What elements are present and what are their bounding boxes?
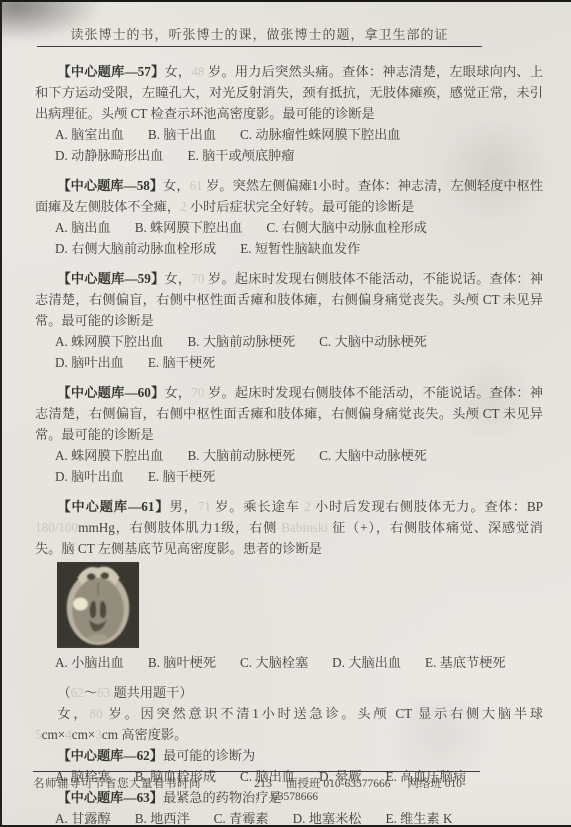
faint-print-text: 80 — [89, 706, 102, 721]
answer-option: C. 右侧大脑中动脉血栓形成 — [266, 220, 426, 235]
stem-text: 】 — [151, 271, 165, 286]
stem-text: 女， — [57, 706, 89, 721]
stem-text: 】 — [150, 748, 163, 763]
stem-text: 【中心题库— — [57, 748, 136, 763]
options-line: D. 脑叶出血E. 脑干梗死 — [35, 466, 543, 487]
stem-paragraph: 女，80 岁。因突然意识不清1小时送急诊。头颅 CT 显示右侧大脑半球 5cm×… — [35, 703, 543, 745]
stem-text: 女， — [165, 385, 192, 400]
answer-option: D. 动静脉畸形出血 — [55, 148, 163, 163]
stem-text: 岁。因突然意识不清1小时送急诊。头颅 CT 显示右侧大脑半球 — [103, 706, 543, 721]
answer-option: B. 脑干出血 — [148, 127, 216, 142]
question-block: 【中心题库—60】女，70 岁。起床时发现右侧肢体不能活动，不能说话。查体：神志… — [35, 382, 543, 487]
answer-option: A. 脑室出血 — [55, 127, 124, 142]
options-line: D. 脑叶出血E. 脑干梗死 — [35, 352, 543, 373]
answer-option: E. 脑干梗死 — [148, 355, 215, 370]
answer-option: B. 大脑前动脉梗死 — [187, 334, 295, 349]
question-list: 【中心题库—57】女，48 岁。用力后突然头痛。查体：神志清楚，左眼球向内、上和… — [35, 47, 543, 827]
answer-option: D. 脑叶出血 — [55, 355, 124, 370]
options-line: A. 蛛网膜下腔出血B. 大脑前动脉梗死C. 大脑中动脉梗死 — [35, 331, 543, 352]
question-block: 【中心题库—57】女，48 岁。用力后突然头痛。查体：神志清楚，左眼球向内、上和… — [35, 61, 543, 166]
options-line: A. 蛛网膜下腔出血B. 大脑前动脉梗死C. 大脑中动脉梗死 — [35, 445, 543, 466]
faint-print-text: 63 — [97, 685, 110, 700]
faint-print-text: 70 — [191, 271, 204, 286]
question-block: 【中心题库—61】男，71 岁。乘长途车 2 小时后发现右侧肢体无力。查体：BP… — [35, 496, 543, 673]
footer-left-text: 名师辅导可节省您大量看书时间 — [33, 775, 201, 791]
answer-option: A. 甘露醇 — [55, 811, 111, 826]
answer-option: A. 蛛网膜下腔出血 — [55, 334, 163, 349]
ct-scan-image — [57, 562, 139, 648]
faint-print-text: 60 — [138, 385, 151, 400]
stem-paragraph: 【中心题库—62】最可能的诊断为 — [35, 745, 543, 766]
answer-option: C. 大脑中动脉梗死 — [319, 448, 427, 463]
faint-print-text: 62 — [137, 748, 150, 763]
stem-text: 最可能的诊断为 — [163, 748, 255, 763]
scanned-exam-page: 读张博士的书，听张博士的课，做张博士的题，拿卫生部的证 【中心题库—57】女，4… — [0, 0, 571, 827]
faint-print-text: Babinski — [281, 520, 328, 535]
stem-text: 女， — [165, 64, 192, 79]
answer-option: E. 短暂性脑缺血发作 — [240, 241, 360, 256]
stem-paragraph: 【中心题库—57】女，48 岁。用力后突然头痛。查体：神志清楚，左眼球向内、上和… — [35, 61, 543, 124]
answer-option: B. 脑叶梗死 — [148, 655, 216, 670]
answer-option: E. 脑干或颅底肿瘤 — [187, 148, 294, 163]
stem-paragraph: 【中心题库—60】女，70 岁。起床时发现右侧肢体不能活动，不能说话。查体：神志… — [35, 382, 543, 445]
faint-print-text: 180/100 — [35, 520, 78, 535]
page-footer: 名师辅导可节省您大量看书时间 213 面授班 010-63577666 网络班 … — [33, 771, 493, 803]
page-body: 读张博士的书，听张博士的课，做张博士的题，拿卫生部的证 【中心题库—57】女，4… — [35, 0, 543, 827]
shared-stem-block: （62～63 题共用题干）女，80 岁。因突然意识不清1小时送急诊。头颅 CT … — [35, 682, 543, 745]
answer-option: E. 脑干梗死 — [148, 469, 215, 484]
stem-text: 【中心题库— — [57, 64, 137, 79]
faint-print-text: 58 — [137, 178, 150, 193]
faint-print-text: 2 — [180, 199, 187, 214]
faint-print-text: 48 — [191, 64, 204, 79]
stem-paragraph: 【中心题库—61】男，71 岁。乘长途车 2 小时后发现右侧肢体无力。查体：BP… — [35, 496, 543, 559]
answer-option: C. 大脑栓塞 — [240, 655, 308, 670]
header-slogan: 读张博士的书，听张博士的课，做张博士的题，拿卫生部的证 — [37, 24, 482, 43]
footer-phone-onsite: 面授班 010-63577666 — [286, 778, 390, 790]
answer-option: E. 基底节梗死 — [425, 655, 506, 670]
page-header: 读张博士的书，听张博士的课，做张博士的题，拿卫生部的证 — [35, 0, 543, 47]
answer-option: D. 地塞米松 — [293, 811, 362, 826]
faint-print-text: 59 — [138, 271, 151, 286]
stem-text: 【中心题库— — [57, 178, 136, 193]
answer-option: D. 右侧大脑前动脉血栓形成 — [55, 241, 216, 256]
faint-print-text: 2 — [304, 499, 311, 514]
options-line: D. 右侧大脑前动脉血栓形成E. 短暂性脑缺血发作 — [35, 238, 543, 259]
stem-text: 小时后发现右侧肢体无力。查体：BP — [311, 499, 543, 514]
answer-option: D. 大脑出血 — [332, 655, 401, 670]
faint-print-text: 62 — [71, 685, 84, 700]
answer-option: D. 脑叶出血 — [55, 469, 124, 484]
options-line: A. 小脑出血B. 脑叶梗死C. 大脑栓塞D. 大脑出血E. 基底节梗死 — [35, 652, 543, 673]
stem-text: cm× — [42, 727, 66, 742]
answer-option: A. 小脑出血 — [55, 655, 124, 670]
answer-option: B. 蛛网膜下腔出血 — [135, 220, 243, 235]
stem-text: cm 高密度影。 — [102, 727, 187, 742]
question-block: 【中心题库—58】女，61 岁。突然左侧偏瘫1小时。查体：神志清，左侧轻度中枢性… — [35, 175, 543, 259]
options-line: A. 甘露醇B. 地西泮C. 青霉素D. 地塞米松E. 维生素 K — [35, 808, 543, 827]
options-line: D. 动静脉畸形出血E. 脑干或颅底肿瘤 — [35, 145, 543, 166]
faint-print-text: 61 — [190, 178, 203, 193]
stem-text: 】 — [151, 385, 165, 400]
answer-option: C. 青霉素 — [214, 811, 269, 826]
footer-contact: 面授班 010-63577666 网络班 010-63578666 — [272, 775, 493, 803]
answer-option: C. 动脉瘤性蛛网膜下腔出血 — [240, 127, 400, 142]
ct-scan-svg — [57, 562, 139, 648]
stem-text: 女， — [165, 271, 192, 286]
answer-option: A. 脑出血 — [55, 220, 111, 235]
stem-text: 【中心题库— — [57, 499, 141, 514]
stem-text: 】 — [150, 178, 163, 193]
options-line: A. 脑室出血B. 脑干出血C. 动脉瘤性蛛网膜下腔出血 — [35, 124, 543, 145]
stem-text: 】 — [151, 64, 165, 79]
answer-option: C. 大脑中动脉梗死 — [319, 334, 427, 349]
answer-option: B. 地西泮 — [135, 811, 190, 826]
stem-paragraph: （62～63 题共用题干） — [35, 682, 543, 703]
stem-text: （ — [57, 685, 70, 700]
faint-print-text: 3 — [95, 727, 102, 742]
faint-print-text: 61 — [141, 499, 154, 514]
answer-option: A. 蛛网膜下腔出血 — [55, 448, 163, 463]
stem-text: mmHg，右侧肢体肌力1级，右侧 — [78, 520, 281, 535]
stem-text: 男， — [170, 499, 198, 514]
stem-text: 岁。乘长途车 — [211, 499, 304, 514]
options-line: A. 脑出血B. 蛛网膜下腔出血C. 右侧大脑中动脉血栓形成 — [35, 217, 543, 238]
stem-text: 女， — [163, 178, 189, 193]
faint-print-text: 5 — [35, 727, 42, 742]
footer-rule — [33, 771, 480, 772]
faint-print-text: 4 — [65, 727, 72, 742]
question-block: 【中心题库—59】女，70 岁。起床时发现右侧肢体不能活动，不能说话。查体：神志… — [35, 268, 543, 373]
faint-print-text: 71 — [198, 499, 211, 514]
stem-text: 小时后症状完全好转。最可能的诊断是 — [187, 199, 414, 214]
answer-option: B. 大脑前动脉梗死 — [187, 448, 295, 463]
footer-page-number: 213 — [254, 776, 272, 791]
stem-paragraph: 【中心题库—59】女，70 岁。起床时发现右侧肢体不能活动，不能说话。查体：神志… — [35, 268, 543, 331]
scan-edge-left — [0, 0, 2, 827]
stem-paragraph: 【中心题库—58】女，61 岁。突然左侧偏瘫1小时。查体：神志清，左侧轻度中枢性… — [35, 175, 543, 217]
stem-text: 题共用题干） — [110, 685, 192, 700]
stem-text: 】 — [154, 499, 169, 514]
stem-text: ～ — [84, 685, 97, 700]
stem-text: 【中心题库— — [57, 271, 137, 286]
faint-print-text: 70 — [191, 385, 204, 400]
faint-print-text: 57 — [138, 64, 151, 79]
answer-option: E. 维生素 K — [385, 811, 452, 826]
stem-text: cm× — [72, 727, 96, 742]
stem-text: 【中心题库— — [57, 385, 137, 400]
